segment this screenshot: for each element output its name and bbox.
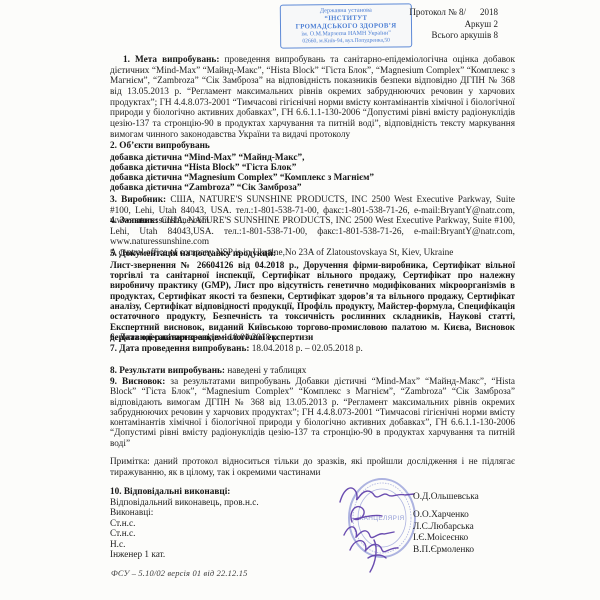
signatory-name: О.О.Харченко xyxy=(413,510,469,520)
section-2-heading: 2. Об’єкти випробувань xyxy=(110,141,210,151)
signatory-names: О.Д.Ольшевська О.О.Харченко Л.С.Любарськ… xyxy=(413,470,523,570)
signatory-name: І.Є.Моісеєнко xyxy=(413,533,468,543)
section-5-text: Лист-звернення № 26604126 від 04.2018 р.… xyxy=(110,260,515,342)
signatory-name: В.П.Єрмоленко xyxy=(413,545,474,555)
total-sheets: Всього аркушів 8 xyxy=(409,30,498,42)
section-9-conclusion: 9. Висновок: за результатами випробувань… xyxy=(110,377,515,449)
section-5-documentation: 5. Документація на поставку продукції: Л… xyxy=(110,249,515,342)
signatory-name: О.Д.Ольшевська xyxy=(413,492,479,502)
section-6-text: – 18.04.2018 р. xyxy=(222,333,280,343)
sheet-number: Аркуш 2 xyxy=(409,19,498,31)
section-9-lead: 9. Висновок: xyxy=(110,377,165,387)
section-4-lead: 4. Заявник: xyxy=(110,216,158,226)
institution-stamp: Державна установа “ІНСТИТУТ ГРОМАДСЬКОГО… xyxy=(280,3,412,48)
section-1-text: проведення випробувань та санітарно-епід… xyxy=(110,55,515,140)
protocol-document-page: Державна установа “ІНСТИТУТ ГРОМАДСЬКОГО… xyxy=(0,0,600,600)
section-7-text: 18.04.2018 р. – 02.05.2018 р. xyxy=(252,344,363,354)
section-7-test-dates: 7. Дата проведення випробувань: 18.04.20… xyxy=(110,344,515,355)
test-object-item: добавка дієтична “Mind-Max” “Майнд-Макс”… xyxy=(110,153,304,163)
protocol-header-block: Протокол № 8/2018 Аркуш 2 Всього аркушів… xyxy=(409,7,498,42)
section-7-lead: 7. Дата проведення випробувань: xyxy=(110,344,249,354)
protocol-number: Протокол № 8/2018 xyxy=(409,7,498,19)
section-8-lead: 8. Результати випробувань: xyxy=(110,366,225,376)
section-1-purpose: 1. Мета випробувань: проведення випробув… xyxy=(110,55,515,140)
section-9-text: за результатами випробувань Добавки дієт… xyxy=(110,377,515,449)
signatory-name: Л.С.Любарська xyxy=(413,522,474,532)
form-code-footer: ФСУ – 5.10/02 версія 01 від 22.12.15 xyxy=(111,569,248,578)
test-object-item: добавка дієтична “Zambroza” “Сік Замброз… xyxy=(110,183,301,193)
section-6-date-received: 6. Дата одержання зразків – 18.04.2018 р… xyxy=(110,333,515,344)
test-object-item: добавка дієтична “Magnesium Complex” “Ко… xyxy=(110,173,374,183)
section-2-objects: 2. Об’єкти випробувань добавка дієтична … xyxy=(110,141,515,193)
section-10-heading: 10. Відповідальні виконавці: xyxy=(110,487,230,497)
section-5-heading: 5. Документація на поставку продукції: xyxy=(110,249,276,259)
stamp-line: 02660, м.Київ-94, вул.Попудренка,50 xyxy=(281,37,411,45)
section-1-lead: 1. Мета випробувань: xyxy=(123,55,219,65)
section-3-lead: 3. Виробник: xyxy=(110,195,166,205)
section-8-results: 8. Результати випробувань: наведені у та… xyxy=(110,366,515,377)
test-object-item: добавка дієтична “Hista Block” “Гіста Бл… xyxy=(110,163,296,173)
section-4-text: США, NATURE'S SUNSHINE PRODUCTS, INC 250… xyxy=(110,216,515,247)
section-8-text: наведені у таблицях xyxy=(227,366,306,376)
section-6-lead: 6. Дата одержання зразків xyxy=(110,333,219,343)
